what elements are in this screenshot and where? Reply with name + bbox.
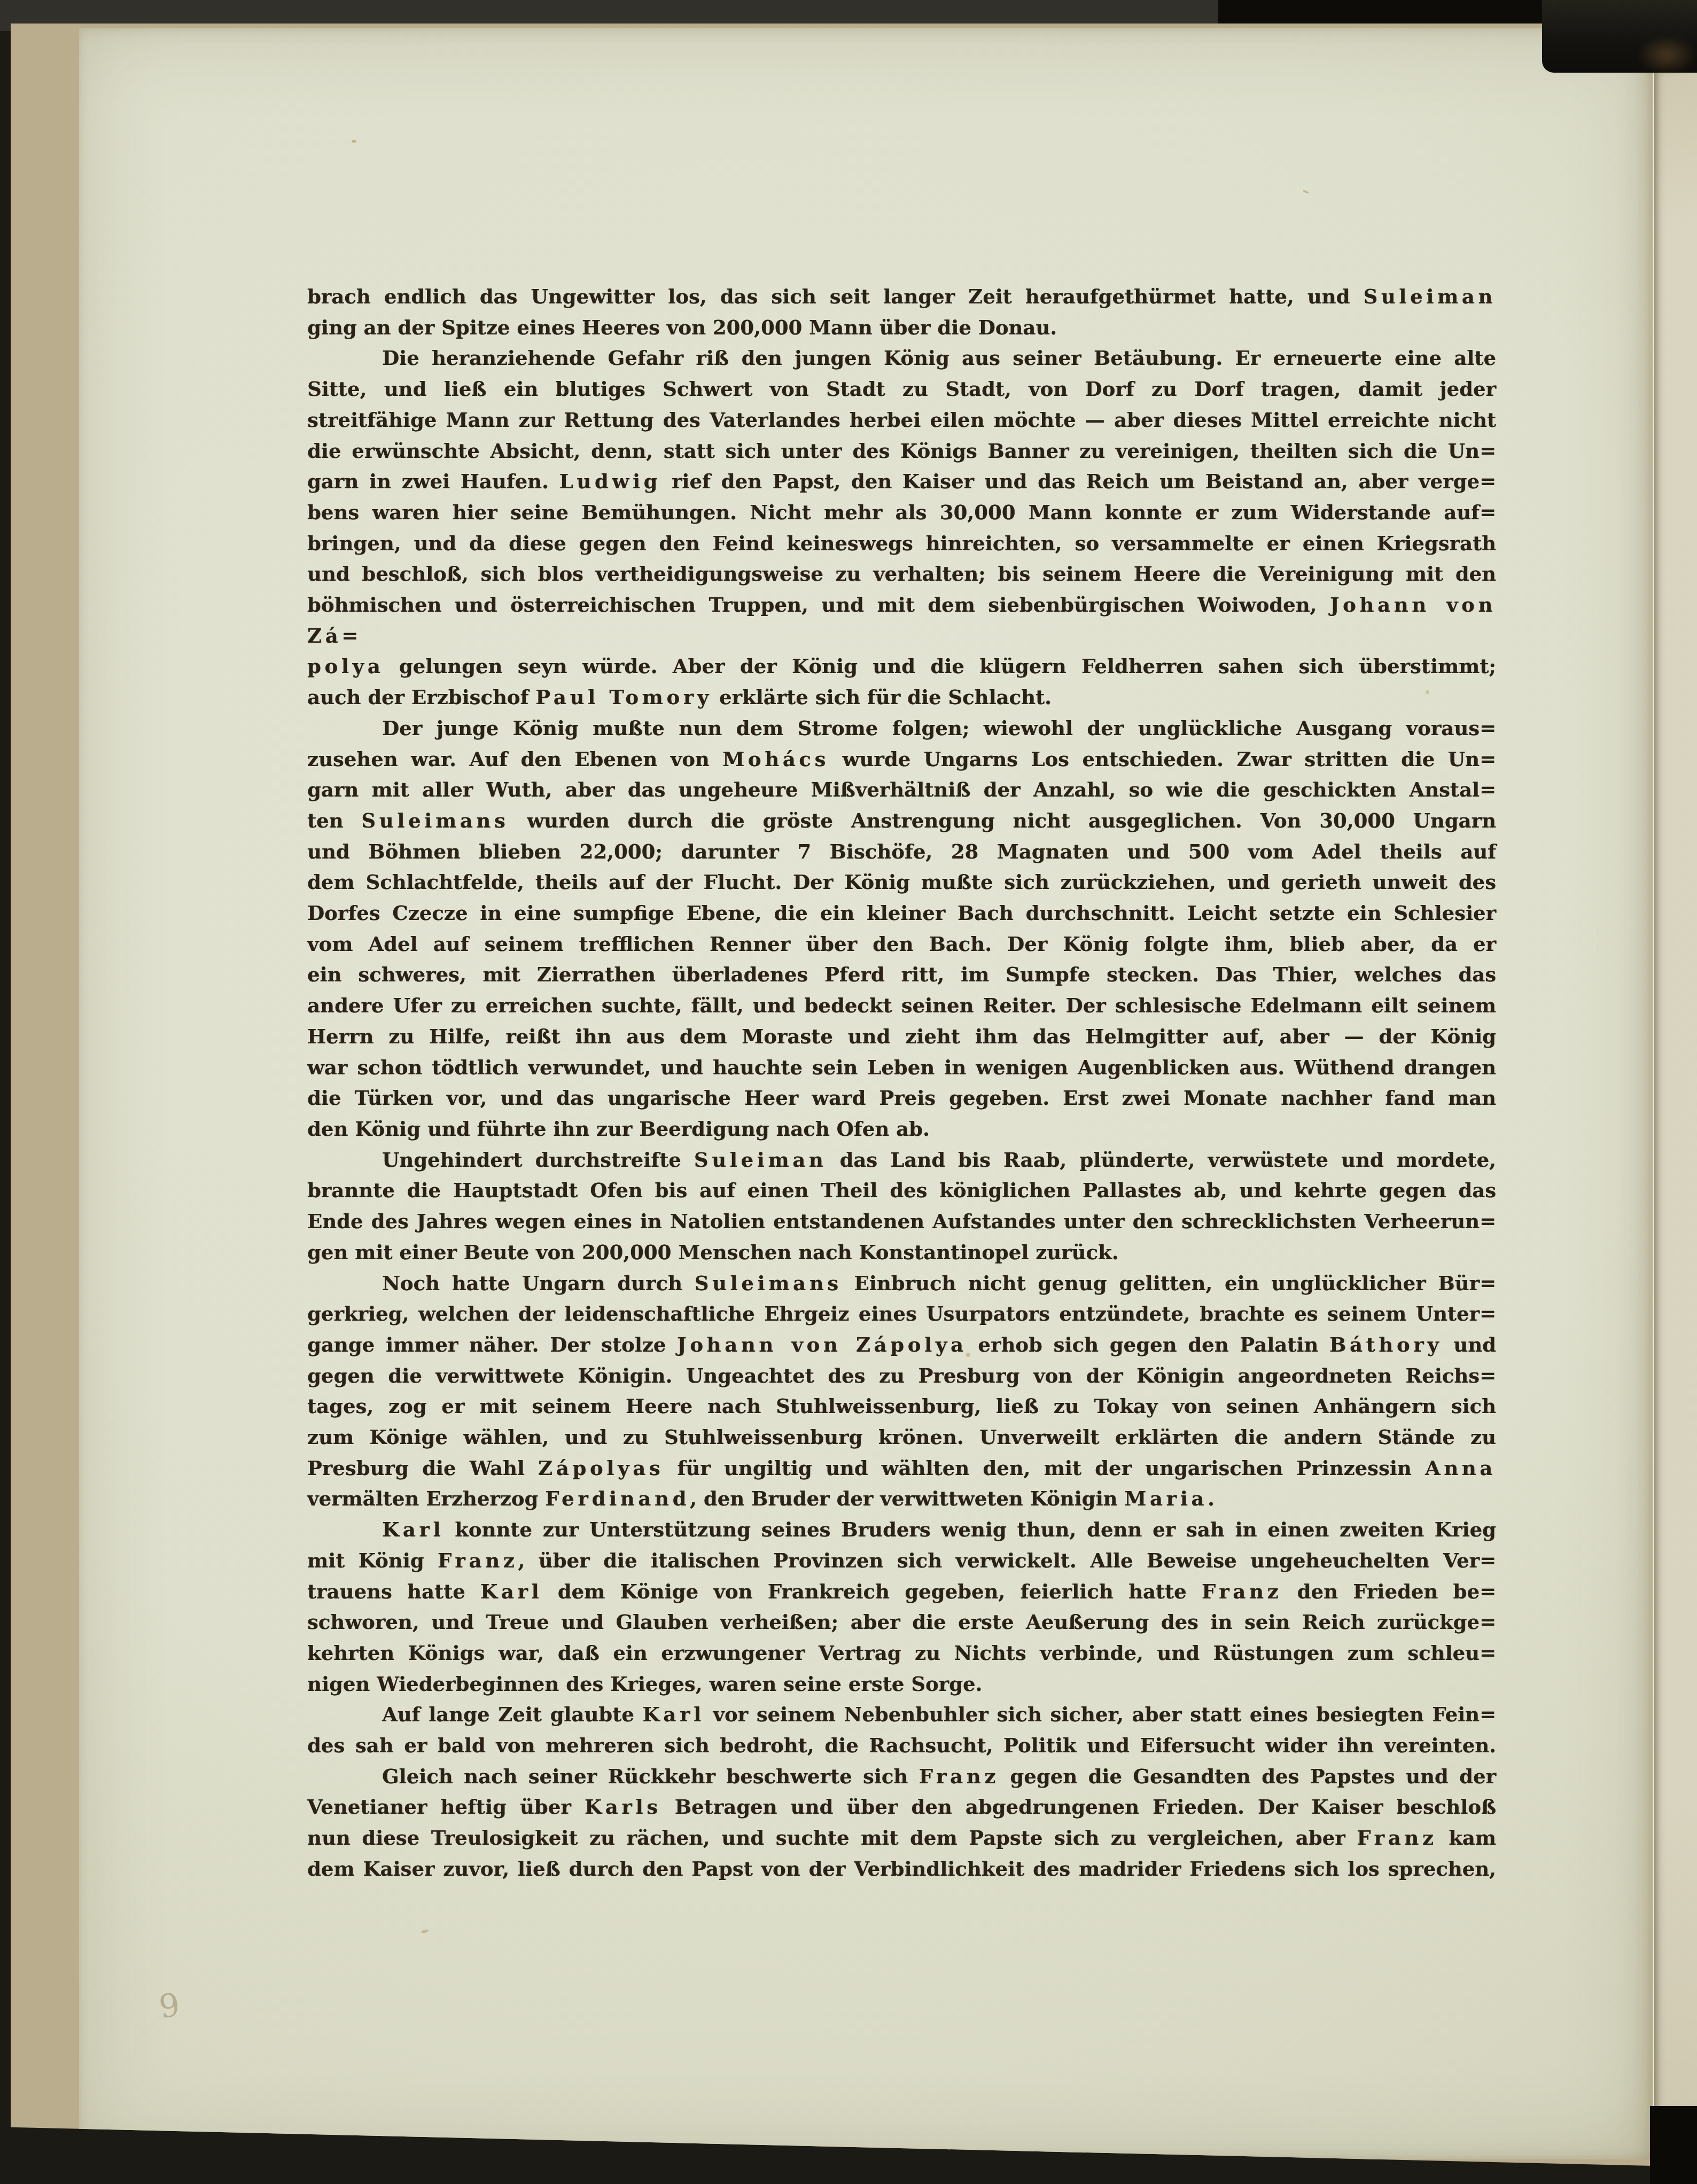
page-stack-edges [11, 24, 81, 2166]
letterspaced-name: Anna [1425, 1456, 1496, 1480]
text-line: streitfähige Mann zur Rettung des Vaterl… [307, 405, 1496, 436]
text-line: vom Adel auf seinem trefflichen Renner ü… [307, 929, 1496, 960]
letterspaced-name: Karl [382, 1518, 444, 1541]
text-line: Sitte, und ließ ein blutiges Schwert von… [307, 374, 1496, 405]
text-line: gerkrieg, welchen der leidenschaftliche … [307, 1299, 1496, 1330]
text-line: Presburg die Wahl Zápolyas für ungiltig … [307, 1453, 1496, 1484]
letterspaced-name: Karl [480, 1580, 542, 1603]
letterspaced-name: polya [307, 654, 384, 678]
text-line: dem Schlachtfelde, theils auf der Flucht… [307, 867, 1496, 898]
text-line: Karl konnte zur Unterstützung seines Bru… [307, 1515, 1496, 1546]
text-line: zusehen war. Auf den Ebenen von Mohács w… [307, 744, 1496, 775]
binding-shadow-bottom-right [1650, 2106, 1697, 2184]
letterspaced-name: Franz [919, 1765, 999, 1788]
letterspaced-name: Suleiman [1363, 285, 1496, 308]
text-line: trauens hatte Karl dem Könige von Frankr… [307, 1577, 1496, 1608]
text-line: und beschloß, sich blos vertheidigungswe… [307, 559, 1496, 590]
letterspaced-name: Karls [585, 1795, 661, 1819]
text-line: dem Kaiser zuvor, ließ durch den Papst v… [307, 1854, 1496, 1885]
text-line: brach endlich das Ungewitter los, das si… [307, 282, 1496, 313]
next-page-edge [1653, 63, 1697, 2109]
text-line: vermälten Erzherzog Ferdinand, den Brude… [307, 1484, 1496, 1515]
binding-fiber-streak [1637, 35, 1696, 75]
letterspaced-name: Suleiman [694, 1148, 827, 1172]
text-line: bringen, und da diese gegen den Feind ke… [307, 528, 1496, 559]
paper-speck [421, 1929, 429, 1933]
text-line: nigen Wiederbeginnen des Krieges, waren … [307, 1669, 1496, 1700]
text-line: Gleich nach seiner Rückkehr beschwerte s… [307, 1761, 1496, 1792]
text-line: Dorfes Czecze in eine sumpfige Ebene, di… [307, 898, 1496, 929]
paper-speck [352, 140, 356, 143]
letterspaced-name: Franz [438, 1549, 518, 1572]
text-line: nun diese Treulosigkeit zu rächen, und s… [307, 1823, 1496, 1854]
text-line: gegen die verwittwete Königin. Ungeachte… [307, 1361, 1496, 1392]
text-line: gange immer näher. Der stolze Johann von… [307, 1330, 1496, 1361]
text-line: die Türken vor, und das ungarische Heer … [307, 1083, 1496, 1114]
paper-speck [1303, 190, 1310, 194]
letterspaced-name: Franz [1202, 1580, 1282, 1603]
text-line: den König und führte ihn zur Beerdigung … [307, 1114, 1496, 1145]
letterspaced-name: Maria [1124, 1487, 1208, 1510]
text-line: Der junge König mußte nun dem Strome fol… [307, 713, 1496, 744]
letterspaced-name: Mohács [722, 747, 829, 771]
letterspaced-name: Paul Tomory [535, 685, 712, 709]
text-line: Auf lange Zeit glaubte Karl vor seinem N… [307, 1699, 1496, 1730]
letterspaced-name: Ludwig [559, 470, 661, 493]
text-line: ging an der Spitze eines Heeres von 200,… [307, 313, 1496, 344]
letterspaced-name: Báthory [1329, 1333, 1443, 1356]
text-line: des sah er bald von mehreren sich bedroh… [307, 1730, 1496, 1761]
text-line: war schon tödtlich verwundet, und haucht… [307, 1052, 1496, 1083]
text-line: schworen, und Treue und Glauben verheiße… [307, 1607, 1496, 1638]
text-line: zum Könige wählen, und zu Stuhlweissenbu… [307, 1422, 1496, 1453]
text-line: bens waren hier seine Bemühungen. Nicht … [307, 497, 1496, 528]
letterspaced-name: Karl [642, 1703, 704, 1726]
page-text-block: brach endlich das Ungewitter los, das si… [307, 282, 1496, 1885]
handwritten-page-mark: 9 [157, 1986, 182, 2026]
text-line: tages, zog er mit seinem Heere nach Stuh… [307, 1391, 1496, 1422]
page-stack: brach endlich das Ungewitter los, das si… [11, 24, 1653, 2166]
book-page: brach endlich das Ungewitter los, das si… [79, 28, 1653, 2159]
text-line: böhmischen und österreichischen Truppen,… [307, 590, 1496, 651]
text-line: ein schweres, mit Zierrathen überladenes… [307, 960, 1496, 990]
text-line: Herrn zu Hilfe, reißt ihn aus dem Morast… [307, 1021, 1496, 1052]
text-line: Noch hatte Ungarn durch Suleimans Einbru… [307, 1268, 1496, 1299]
text-line: garn mit aller Wuth, aber das ungeheure … [307, 775, 1496, 806]
text-line: ten Suleimans wurden durch die gröste An… [307, 806, 1496, 837]
letterspaced-name: Suleimans [361, 809, 509, 832]
text-line: Ende des Jahres wegen eines in Natolien … [307, 1206, 1496, 1237]
text-line: auch der Erzbischof Paul Tomory erklärte… [307, 682, 1496, 713]
letterspaced-name: Ferdinand [545, 1487, 690, 1510]
text-line: gen mit einer Beute von 200,000 Menschen… [307, 1237, 1496, 1268]
text-line: garn in zwei Haufen. Ludwig rief den Pap… [307, 466, 1496, 497]
letterspaced-name: Franz [1357, 1826, 1437, 1850]
letterspaced-name: Zápolyas [538, 1456, 664, 1480]
text-line: Die heranziehende Gefahr riß den jungen … [307, 343, 1496, 374]
text-line: die erwünschte Absicht, denn, statt sich… [307, 436, 1496, 467]
book-scan: brach endlich das Ungewitter los, das si… [0, 0, 1697, 2184]
letterspaced-name: Johann von Zápolya [677, 1333, 967, 1356]
text-line: mit König Franz, über die italischen Pro… [307, 1546, 1496, 1577]
text-line: Ungehindert durchstreifte Suleiman das L… [307, 1145, 1496, 1176]
text-line: kehrten Königs war, daß ein erzwungener … [307, 1638, 1496, 1669]
text-line: und Böhmen blieben 22,000; darunter 7 Bi… [307, 837, 1496, 868]
text-line: Venetianer heftig über Karls Betragen un… [307, 1792, 1496, 1823]
text-line: polya gelungen seyn würde. Aber der Köni… [307, 651, 1496, 682]
text-line: andere Ufer zu erreichen suchte, fällt, … [307, 990, 1496, 1021]
letterspaced-name: Suleimans [695, 1272, 842, 1295]
text-line: brannte die Hauptstadt Ofen bis auf eine… [307, 1175, 1496, 1206]
